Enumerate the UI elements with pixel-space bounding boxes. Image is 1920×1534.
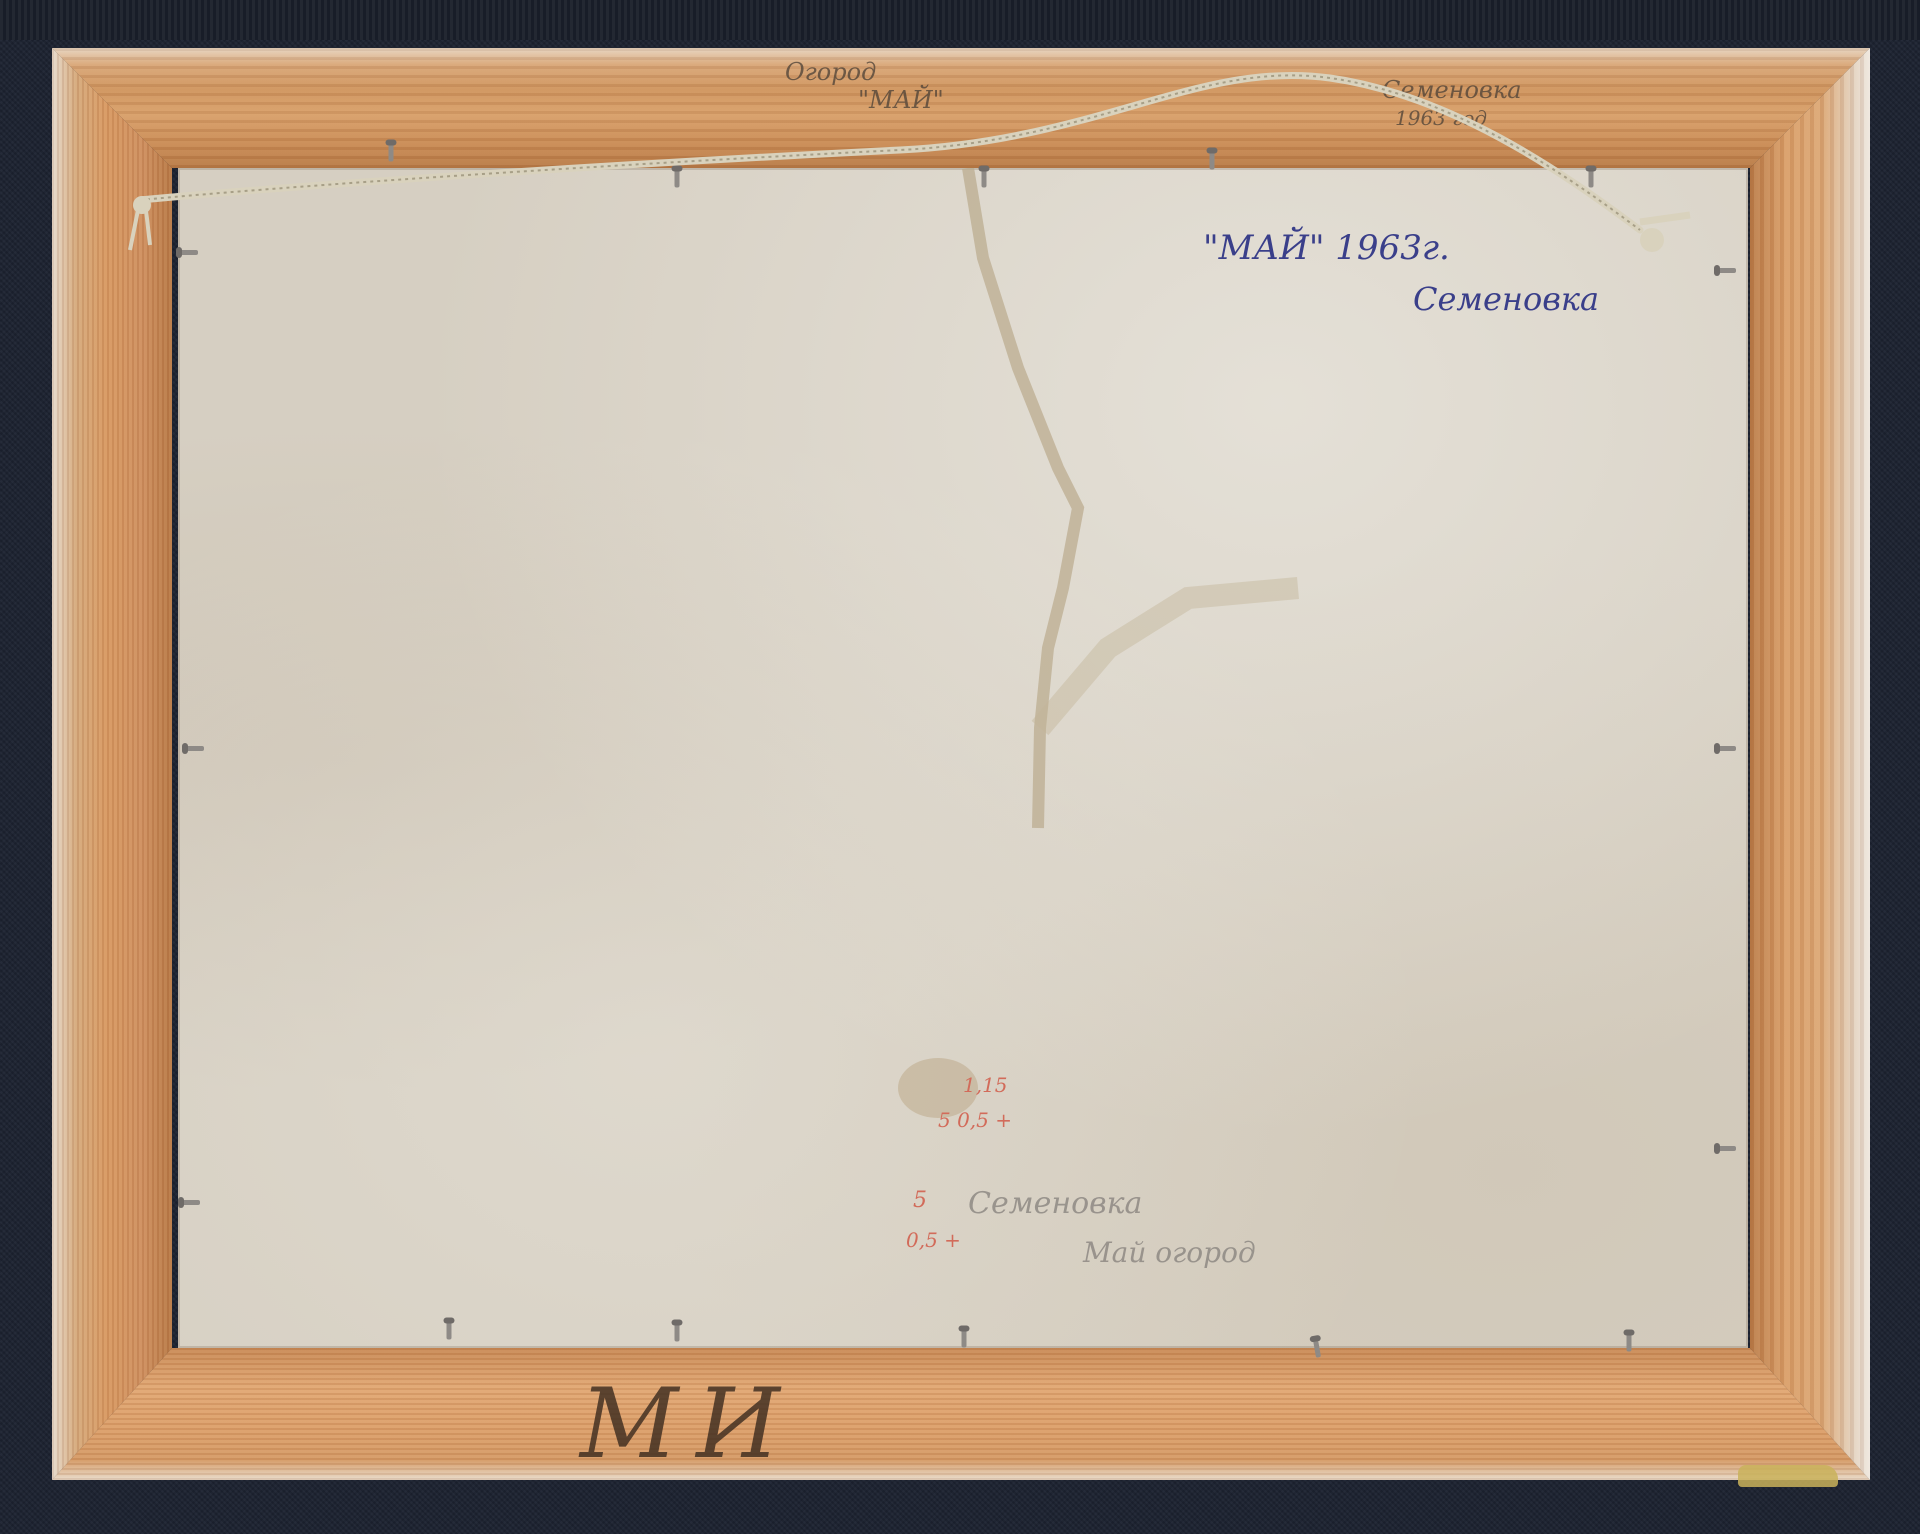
nail — [447, 1322, 452, 1340]
board-pencil-place: Семеновка — [968, 1186, 1142, 1221]
nail — [1718, 268, 1736, 273]
nail — [389, 144, 394, 162]
frame-rail-right — [1750, 48, 1870, 1480]
nail — [1627, 1334, 1632, 1352]
board-inscription-title: "МАЙ" 1963г. — [1203, 228, 1450, 268]
nail — [1210, 152, 1215, 170]
frame-rail-bottom — [52, 1348, 1870, 1480]
red-number-3: 5 — [913, 1188, 927, 1213]
red-number-1: 1,15 — [963, 1073, 1008, 1097]
frame-rail-left — [52, 48, 172, 1480]
board-inscription-place: Семеновка — [1413, 280, 1599, 318]
nail — [1589, 170, 1594, 188]
nail — [180, 250, 198, 255]
nail — [982, 170, 987, 188]
gold-paint-patch — [1738, 1465, 1838, 1487]
red-number-2: 5 0,5 + — [938, 1108, 1012, 1132]
frame-inscription-year: 1963 год — [1395, 106, 1487, 130]
frame-rail-top — [52, 48, 1870, 168]
nail — [675, 170, 680, 188]
cardboard-backing: "МАЙ" 1963г. Семеновка 1,15 5 0,5 + 5 0,… — [178, 168, 1748, 1348]
nail — [1718, 746, 1736, 751]
frame-inscription-ogorod: Огород — [785, 58, 876, 86]
frame-inscription-may: "МАЙ" — [858, 86, 944, 114]
nail — [962, 1330, 967, 1348]
board-crack — [178, 168, 1748, 1348]
nail — [675, 1324, 680, 1342]
nail — [1718, 1146, 1736, 1151]
frame-inscription-place: Семеновка — [1382, 76, 1522, 104]
red-number-4: 0,5 + — [906, 1228, 961, 1252]
board-pencil-title: Май огород — [1083, 1236, 1256, 1269]
fabric-background-top — [0, 0, 1920, 40]
nail — [186, 746, 204, 751]
nail — [182, 1200, 200, 1205]
frame-signature: МИ — [580, 1368, 798, 1480]
